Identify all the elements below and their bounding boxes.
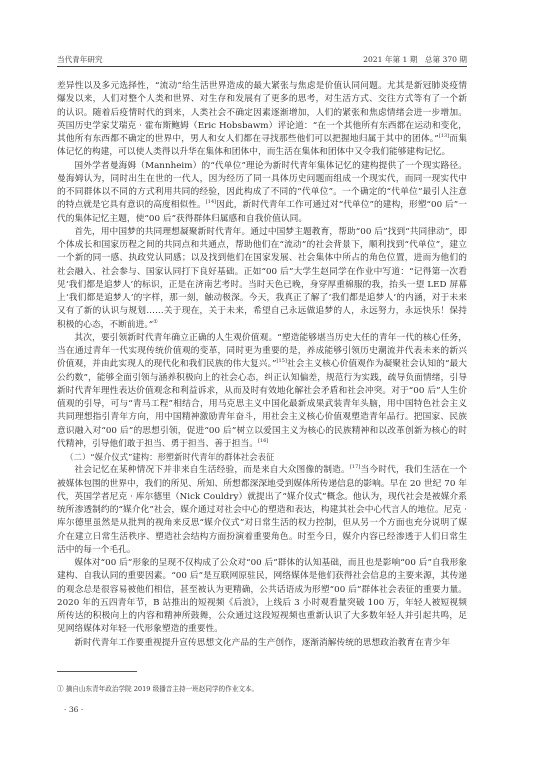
paragraph: 新时代青年工作要重视提升宣传思想文化产品的生产创作，逐渐消解传统的思想政治教育在… (57, 637, 467, 650)
paragraph: 国外学者曼海姆（Mannheim）的“代单位”理论为新时代青年集体记忆的建构提供… (57, 160, 467, 226)
citation: [15] (277, 358, 287, 364)
citation: [14] (206, 199, 216, 205)
footnote-rule (57, 671, 137, 672)
header-rule (57, 66, 467, 67)
paragraph: 首先，用中国梦的共同理想凝聚新时代青年。通过中国梦主题教育，帮助“00 后”找到… (57, 226, 467, 332)
paragraph: 社会记忆在某种情况下并非来自生活经验，而是来自大众图像的制造。[17]当今时代，… (57, 464, 467, 557)
paragraph: 其次，要引领新时代青年确立正确的人生观价值观。“塑造能够堪当历史大任的青年一代的… (57, 332, 467, 451)
footnote-ref: ① (153, 319, 158, 325)
footnote: ① 摘自山东青年政治学院 2019 级播音主持一班赵同学的作业文本。 (57, 683, 467, 693)
journal-title: 当代青年研究 (57, 54, 103, 65)
section-heading: （二）“媒介仪式”建构：形塑新时代青年的群体社会表征 (57, 451, 467, 464)
page-number: · 36 · (64, 705, 83, 714)
article-body: 差异性以及多元选择性，“流动”给生活世界造成的最大紧张与焦虑是价值认同问题。尤其… (57, 80, 467, 650)
issue-info: 2021 年第 1 期 总第 370 期 (363, 54, 467, 65)
citation: [13] (439, 133, 449, 139)
citation: [17] (350, 464, 360, 470)
running-header: 当代青年研究 2021 年第 1 期 总第 370 期 (57, 49, 467, 65)
citation: [16] (258, 438, 268, 444)
paragraph: 媒体对“00 后”形象的呈现不仅构成了公众对“00 后”群体的认知基础，而且也是… (57, 557, 467, 637)
paragraph: 差异性以及多元选择性，“流动”给生活世界造成的最大紧张与焦虑是价值认同问题。尤其… (57, 80, 467, 160)
